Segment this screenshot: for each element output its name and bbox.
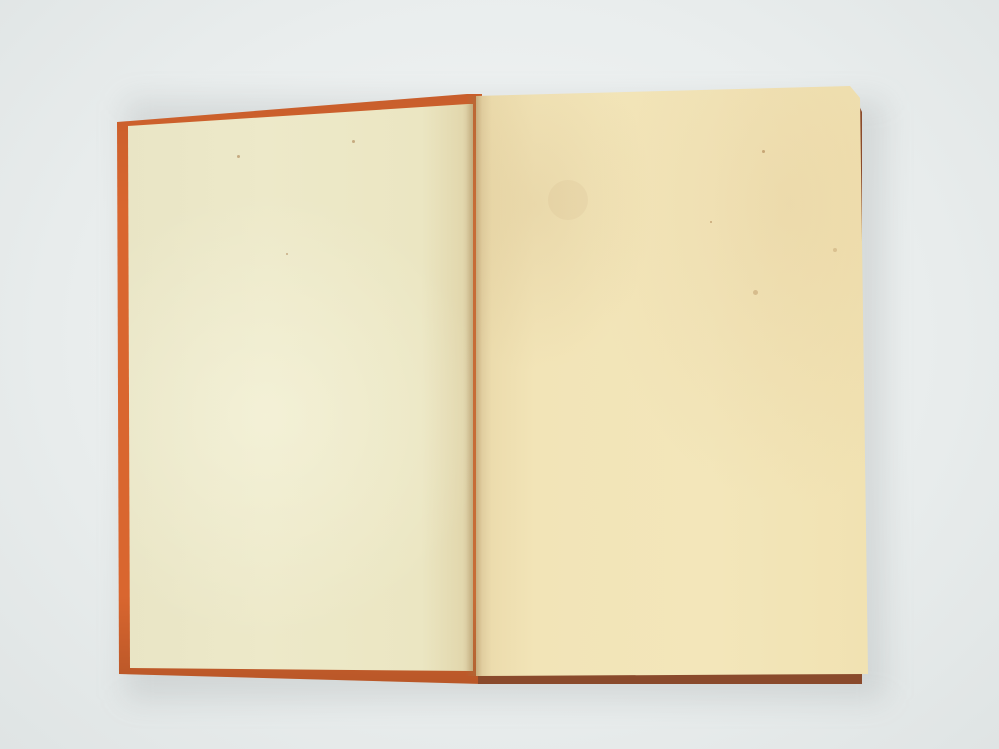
left-endpaper: [128, 104, 473, 671]
book-gutter: [466, 96, 482, 676]
foxing-spot: [286, 253, 288, 255]
foxing-spot: [753, 290, 758, 295]
foxing-spot: [548, 180, 588, 220]
foxing-spot: [833, 248, 837, 252]
foxing-spot: [237, 155, 240, 158]
right-blank-page: [476, 86, 868, 676]
foxing-spot: [352, 140, 355, 143]
photo-scene: [0, 0, 999, 749]
foxing-spot: [710, 221, 712, 223]
foxing-spot: [762, 150, 765, 153]
